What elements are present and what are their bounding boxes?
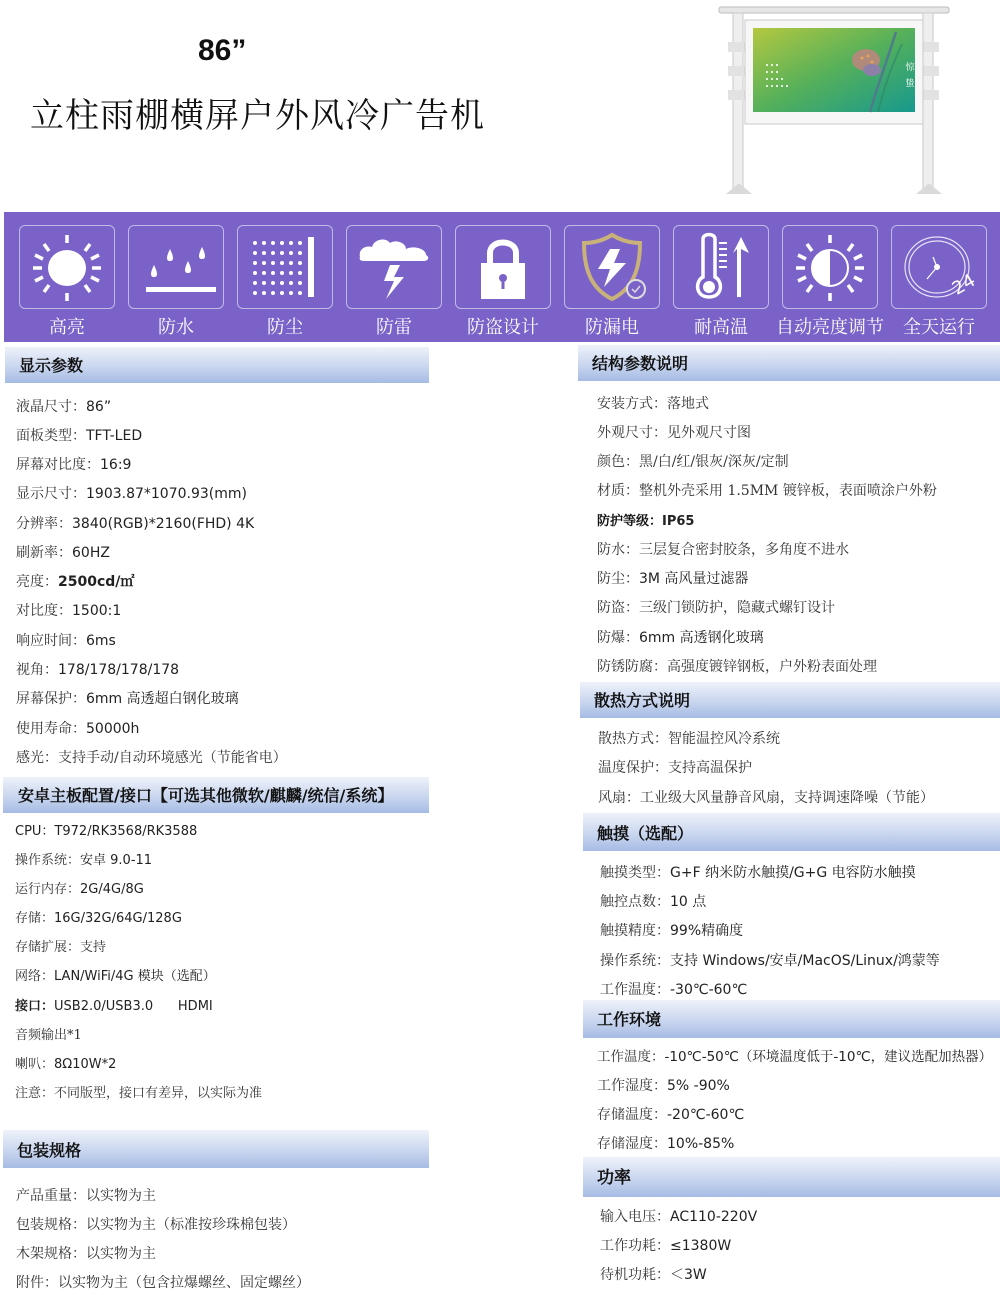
feature-24h-operation: 24 全天运行 — [891, 225, 987, 309]
spec-row: 产品重量：以实物为主 — [16, 1185, 156, 1205]
spec-row: 存储湿度：10%-85% — [597, 1133, 734, 1153]
section-header-environment: 工作环境 — [583, 1000, 1000, 1038]
spec-row: 屏幕对比度：16:9 — [16, 454, 131, 474]
section-header-display: 显示参数 — [5, 347, 429, 383]
spec-row: 颜色：黑/白/红/银灰/深灰/定制 — [597, 451, 789, 471]
feature-auto-brightness: 自动亮度调节 — [782, 225, 878, 309]
spec-row: 触摸类型：G+F 纳米防水触摸/G+G 电容防水触摸 — [600, 862, 916, 882]
spec-row: 工作温度：-10℃-50℃（环境温度低于-10℃，建议选配加热器） — [597, 1045, 992, 1065]
spec-row: 包装规格：以实物为主（标准按珍珠棉包装） — [16, 1214, 296, 1234]
feature-dustproof: 防尘 — [237, 225, 333, 309]
spec-row: 触控点数：10 点 — [600, 891, 706, 911]
spec-row: 操作系统：安卓 9.0-11 — [15, 849, 152, 868]
feature-icon-box — [19, 225, 115, 309]
spec-row: 防盗：三级门锁防护，隐藏式螺钉设计 — [597, 597, 835, 617]
spec-row: 存储：16G/32G/64G/128G — [15, 907, 182, 926]
spec-row: 防水：三层复合密封胶条，多角度不进水 — [597, 539, 849, 559]
spec-row: 喇叭：8Ω10W*2 — [15, 1053, 116, 1072]
spec-row: 触摸精度：99%精确度 — [600, 920, 743, 940]
spec-row-brightness: 亮度：2500cd/㎡ — [16, 571, 134, 591]
spec-row: 防锈防腐：高强度镀锌钢板，户外粉表面处理 — [597, 656, 877, 676]
spec-row: 防尘：3M 高风量过滤器 — [597, 568, 748, 588]
feature-high-temp-resistant: 耐高温 — [673, 225, 769, 309]
svg-text:蛰: 蛰 — [905, 77, 914, 89]
section-header-android: 安卓主板配置/接口【可选其他微软/麒麟/统信/系统】 — [3, 777, 429, 813]
spec-row: 工作湿度：5% -90% — [597, 1075, 730, 1095]
feature-waterproof: 防水 — [128, 225, 224, 309]
spec-row: 液晶尺寸：86” — [16, 396, 111, 416]
thunder-cloud-icon — [354, 231, 434, 303]
spec-row: 刷新率：60HZ — [16, 542, 110, 562]
feature-icon-box — [673, 225, 769, 309]
feature-label: 全天运行 — [871, 313, 1000, 339]
outdoor-kiosk-illustration: 惊 蛰 — [718, 4, 950, 196]
feature-icon-box — [782, 225, 878, 309]
features-band: 高亮 防水 — [4, 212, 1000, 342]
spec-row: 温度保护：支持高温保护 — [598, 757, 752, 777]
svg-text:惊: 惊 — [905, 61, 915, 73]
dust-filter-icon — [245, 231, 325, 303]
feature-icon-box — [564, 225, 660, 309]
feature-icon-box — [346, 225, 442, 309]
section-header-cooling: 散热方式说明 — [580, 682, 1000, 718]
spec-row: 显示尺寸：1903.87*1070.93(mm) — [16, 483, 247, 503]
section-header-power: 功率 — [583, 1157, 1000, 1197]
spec-row: 安装方式：落地式 — [597, 393, 709, 413]
product-title: 立柱雨棚横屏户外风冷广告机 — [30, 88, 485, 137]
spec-row: 外观尺寸：见外观尺寸图 — [597, 422, 751, 442]
spec-row: 防爆：6mm 高透钢化玻璃 — [597, 627, 764, 647]
spec-row: 材质：整机外壳采用 1.5MM 镀锌板，表面喷涂户外粉 — [597, 480, 937, 500]
spec-row: 风扇：工业级大风量静音风扇，支持调速降噪（节能） — [598, 787, 934, 807]
spec-row: 运行内存：2G/4G/8G — [15, 878, 144, 897]
shield-lightning-icon — [572, 231, 652, 303]
spec-row: 分辨率：3840(RGB)*2160(FHD) 4K — [16, 513, 254, 533]
section-header-structure: 结构参数说明 — [578, 345, 1000, 381]
spec-row: 待机功耗：＜3W — [600, 1264, 707, 1284]
feature-icon-box — [237, 225, 333, 309]
feature-icon-box — [455, 225, 551, 309]
spec-row: 响应时间：6ms — [16, 630, 116, 650]
product-image: 惊 蛰 — [718, 4, 950, 196]
feature-icon-box: 24 — [891, 225, 987, 309]
spec-row: 工作温度：-30℃-60℃ — [600, 979, 747, 999]
spec-row-note: 注意：不同版型，接口有差异，以实际为准 — [15, 1082, 262, 1101]
half-sun-icon — [790, 231, 870, 303]
spec-row: 使用寿命：50000h — [16, 718, 139, 738]
spec-row: 存储扩展：支持 — [15, 936, 106, 955]
section-header-touch: 触摸（选配） — [583, 813, 1000, 851]
thermometer-icon — [681, 231, 761, 303]
screen-size-title: 86” — [198, 34, 246, 68]
spec-row: 存储温度：-20℃-60℃ — [597, 1104, 744, 1124]
section-header-packing: 包装规格 — [3, 1130, 429, 1168]
clock-24-icon: 24 — [899, 231, 979, 303]
svg-text:24: 24 — [949, 270, 979, 300]
spec-row: 网络：LAN/WiFi/4G 模块（选配） — [15, 965, 216, 984]
feature-lightning-protection: 防雷 — [346, 225, 442, 309]
feature-icon-box — [128, 225, 224, 309]
feature-anti-theft: 防盗设计 — [455, 225, 551, 309]
spec-row: CPU：T972/RK3568/RK3588 — [15, 820, 197, 839]
feature-anti-leakage: 防漏电 — [564, 225, 660, 309]
spec-row: 附件：以实物为主（包含拉爆螺丝、固定螺丝） — [16, 1272, 310, 1292]
spec-row: 操作系统：支持 Windows/安卓/MacOS/Linux/鸿蒙等 — [600, 950, 940, 970]
spec-row-protection-level: 防护等级：IP65 — [597, 510, 694, 529]
spec-row: 输入电压：AC110-220V — [600, 1206, 757, 1226]
water-drops-icon — [136, 231, 216, 303]
spec-row: 面板类型：TFT-LED — [16, 425, 142, 445]
spec-row: 散热方式：智能温控风冷系统 — [598, 728, 780, 748]
sun-icon — [27, 231, 107, 303]
spec-row: 音频输出*1 — [15, 1024, 82, 1043]
spec-row: 木架规格：以实物为主 — [16, 1243, 156, 1263]
spec-row: 视角：178/178/178/178 — [16, 659, 179, 679]
spec-row: 对比度：1500:1 — [16, 600, 121, 620]
feature-high-brightness: 高亮 — [19, 225, 115, 309]
spec-row: 感光：支持手动/自动环境感光（节能省电） — [16, 747, 287, 767]
spec-row-interfaces: 接口：USB2.0/USB3.0 HDMI — [15, 995, 213, 1014]
padlock-icon — [463, 231, 543, 303]
spec-row: 工作功耗：≤1380W — [600, 1235, 731, 1255]
spec-row: 屏幕保护：6mm 高透超白钢化玻璃 — [16, 688, 239, 708]
